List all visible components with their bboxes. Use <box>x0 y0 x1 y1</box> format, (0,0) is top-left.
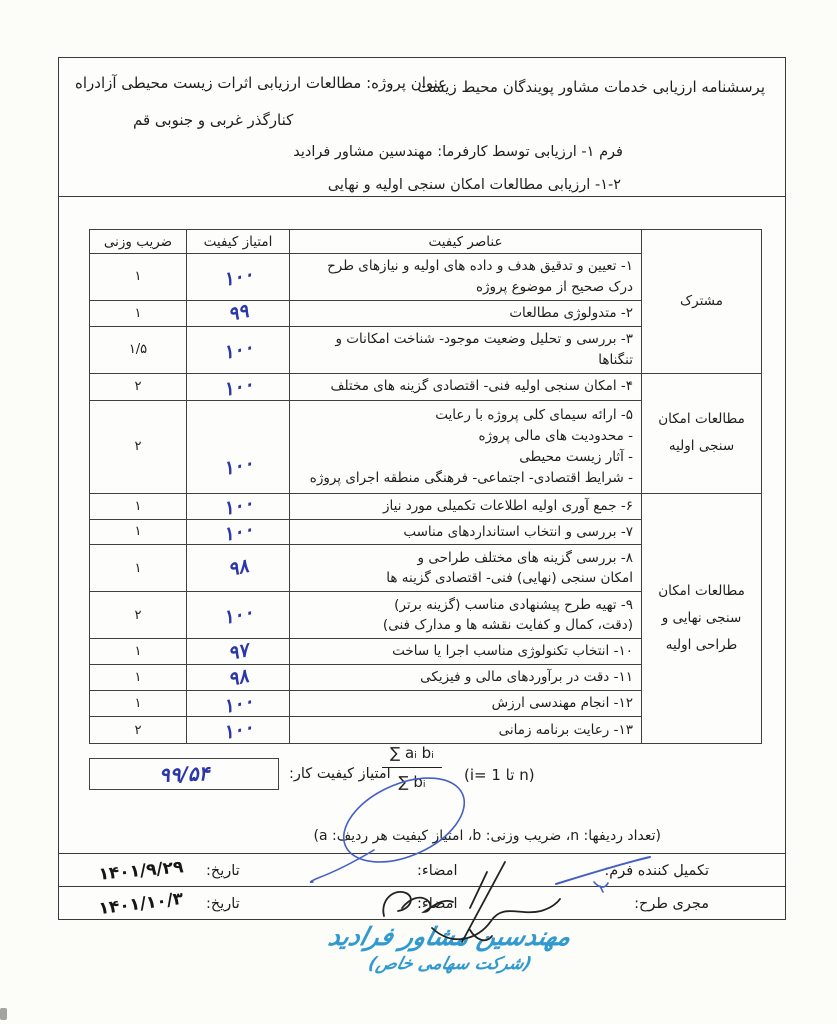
quality-element: ۹- تهیه طرح پیشنهادی مناسب (گزینه برتر) … <box>290 592 642 639</box>
score-cell: ۱۰۰ <box>187 691 290 717</box>
score-cell: ۱۰۰ <box>187 717 290 744</box>
table-row: مطالعات امکان سنجی اولیه ۴- امکان سنجی ا… <box>90 373 762 400</box>
column-header-elements: عناصر کیفیت <box>290 230 642 254</box>
score-cell: ۹۷ <box>187 639 290 665</box>
section-number-line: ۱-۲- ارزیابی مطالعات امکان سنجی اولیه و … <box>328 177 621 193</box>
company-stamp: مهندسین مشاور فرادید (شرکت سهامی خاص) <box>295 922 605 974</box>
handwritten-score: ۹۸ <box>226 555 251 581</box>
quality-element: ۴- امکان سنجی اولیه فنی- اقتصادی گزینه ه… <box>290 373 642 400</box>
weight-value: ۱ <box>90 639 187 665</box>
scan-artifact <box>0 1008 7 1020</box>
weight-value: ۱ <box>90 493 187 519</box>
weight-value: ۱ <box>90 691 187 717</box>
scanned-form-page: { "colors":{ "ink":"#1f1f1f", "line":"#3… <box>0 0 837 1024</box>
handwritten-score: ۱۰۰ <box>221 717 256 744</box>
weight-value: ۱ <box>90 519 187 545</box>
handwritten-score: ۱۰۰ <box>221 691 256 717</box>
handwritten-score: ۱۰۰ <box>221 451 256 479</box>
signoff-row-project-executor: مجری طرح: امضاء: تاریخ: ۱۴۰۱/۱۰/۳ <box>59 886 785 920</box>
handwritten-score: ۱۰۰ <box>221 493 256 519</box>
header-divider-line <box>59 196 785 197</box>
handwritten-score: ۱۰۰ <box>221 519 256 545</box>
quality-element: ۱۳- رعایت برنامه زمانی <box>290 717 642 744</box>
signature-label: امضاء: <box>417 896 458 912</box>
project-title-line2: کنارگذر غربی و جنوبی قم <box>133 111 293 129</box>
handwritten-final-score: ۹۹/۵۴ <box>158 761 209 787</box>
weight-value: ۲ <box>90 717 187 744</box>
quality-element: ۶- جمع آوری اولیه اطلاعات تکمیلی مورد نی… <box>290 493 642 519</box>
stamp-company-type: (شرکت سهامی خاص) <box>293 954 608 974</box>
score-formula-fraction: ∑ aᵢ bᵢ ∑ bᵢ <box>382 744 442 791</box>
score-cell: ۹۸ <box>187 545 290 592</box>
quality-element: ۸- بررسی گزینه های مختلف طراحی و امکان س… <box>290 545 642 592</box>
project-title-line1: عنوان پروژه: مطالعات ارزیابی اثرات زیست … <box>75 74 447 92</box>
quality-element: ۷- بررسی و انتخاب استانداردهای مناسب <box>290 519 642 545</box>
form-outer-border: پرسشنامه ارزیابی خدمات مشاور پویندگان مح… <box>58 57 786 920</box>
score-cell: ۱۰۰ <box>187 400 290 493</box>
group-label-initial-feasibility: مطالعات امکان سنجی اولیه <box>642 373 762 493</box>
handwritten-score: ۱۰۰ <box>221 601 256 629</box>
handwritten-score: ۱۰۰ <box>221 263 256 291</box>
handwritten-date: ۱۴۰۱/۱۰/۳ <box>70 885 211 922</box>
score-cell: ۱۰۰ <box>187 326 290 373</box>
weight-value: ۱/۵ <box>90 326 187 373</box>
quality-element: ۳- بررسی و تحلیل وضعیت موجود- شناخت امکا… <box>290 326 642 373</box>
quality-element: ۱- تعیین و تدقیق هدف و داده های اولیه و … <box>290 254 642 301</box>
formula-footnote: (تعداد ردیفها: n، ضریب وزنی: b، امتیاز ک… <box>314 828 661 844</box>
handwritten-score: ۹۷ <box>226 639 251 665</box>
score-cell: ۹۸ <box>187 665 290 691</box>
formula-index-range: (i= 1 تا n) <box>464 766 535 784</box>
table-header-row: مشترک عناصر کیفیت امتیاز کیفیت ضریب وزنی <box>90 230 762 254</box>
column-header-weight: ضریب وزنی <box>90 230 187 254</box>
role-label: تکمیل کننده فرم: <box>604 863 709 879</box>
score-cell: ۱۰۰ <box>187 373 290 400</box>
formula-numerator: ∑ aᵢ bᵢ <box>382 744 442 768</box>
questionnaire-title: پرسشنامه ارزیابی خدمات مشاور پویندگان مح… <box>417 78 765 96</box>
group-label-common: مشترک <box>642 230 762 374</box>
score-cell: ۹۹ <box>187 300 290 326</box>
group-label-final-feasibility: مطالعات امکان سنجی نهایی و طراحی اولیه <box>642 493 762 744</box>
evaluation-table: مشترک عناصر کیفیت امتیاز کیفیت ضریب وزنی… <box>89 229 762 744</box>
quality-element: ۱۰- انتخاب تکنولوژی مناسب اجرا یا ساخت <box>290 639 642 665</box>
weight-value: ۲ <box>90 592 187 639</box>
quality-element: ۲- متدولوژی مطالعات <box>290 300 642 326</box>
weight-value: ۲ <box>90 400 187 493</box>
table-row: مطالعات امکان سنجی نهایی و طراحی اولیه ۶… <box>90 493 762 519</box>
weight-value: ۱ <box>90 665 187 691</box>
column-header-score: امتیاز کیفیت <box>187 230 290 254</box>
score-cell: ۱۰۰ <box>187 493 290 519</box>
handwritten-score: ۱۰۰ <box>221 336 256 364</box>
weight-value: ۱ <box>90 254 187 301</box>
score-cell: ۱۰۰ <box>187 254 290 301</box>
formula-denominator: ∑ bᵢ <box>382 768 442 791</box>
quality-element: ۱۲- انجام مهندسی ارزش <box>290 691 642 717</box>
score-cell: ۱۰۰ <box>187 519 290 545</box>
quality-element: ۵- ارائه سیمای کلی پروژه با رعایت - محدو… <box>290 400 642 493</box>
score-cell: ۱۰۰ <box>187 592 290 639</box>
weight-value: ۱ <box>90 300 187 326</box>
weight-value: ۲ <box>90 373 187 400</box>
stamp-company-name: مهندسین مشاور فرادید <box>291 922 608 951</box>
signature-label: امضاء: <box>417 863 458 879</box>
handwritten-score: ۱۰۰ <box>221 373 256 400</box>
signoff-row-form-completer: تکمیل کننده فرم: امضاء: تاریخ: ۱۴۰۱/۹/۲۹ <box>59 853 785 887</box>
handwritten-date: ۱۴۰۱/۹/۲۹ <box>70 854 211 886</box>
role-label: مجری طرح: <box>634 896 709 912</box>
handwritten-score: ۹۸ <box>226 665 251 691</box>
handwritten-score: ۹۹ <box>226 300 251 326</box>
weight-value: ۱ <box>90 545 187 592</box>
quality-element: ۱۱- دقت در برآوردهای مالی و فیزیکی <box>290 665 642 691</box>
form-number-line: فرم ۱- ارزیابی توسط کارفرما: مهندسین مشا… <box>293 144 623 160</box>
work-quality-score-label: امتیاز کیفیت کار: <box>289 766 391 782</box>
final-score-box: ۹۹/۵۴ <box>89 758 279 790</box>
